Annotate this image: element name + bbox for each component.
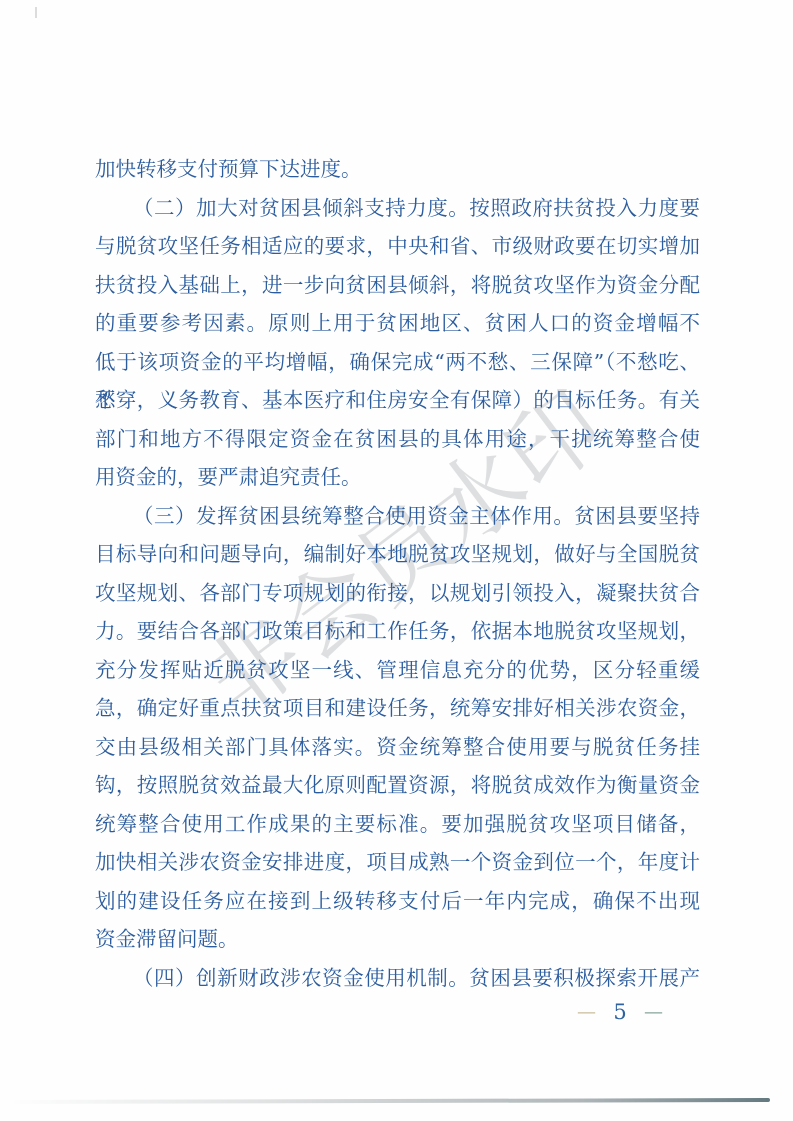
text-line: 愁穿，义务教育、基本医疗和住房安全有保障）的目标任务。有关 — [95, 381, 700, 420]
text-line: 的重要参考因素。原则上用于贫困地区、贫困人口的资金增幅不 — [95, 304, 700, 343]
text-line: 充分发挥贴近脱贫攻坚一线、管理信息充分的优势，区分轻重缓 — [95, 651, 700, 690]
text-line: 交由县级相关部门具体落实。资金统筹整合使用要与脱贫任务挂 — [95, 728, 700, 767]
text-line: 与脱贫攻坚任务相适应的要求，中央和省、市级财政要在切实增加 — [95, 227, 700, 266]
document-page: 非会员水印 加快转移支付预算下达进度。（二）加大对贫困县倾斜支持力度。按照政府扶… — [0, 0, 793, 1121]
text-line: 扶贫投入基础上，进一步向贫困县倾斜，将脱贫攻坚作为资金分配 — [95, 266, 700, 305]
scan-artifact-mark — [35, 7, 37, 18]
text-line: 力。要结合各部门政策目标和工作任务，依据本地脱贫攻坚规划， — [95, 612, 700, 651]
text-line: 加快转移支付预算下达进度。 — [95, 150, 700, 189]
text-line: 低于该项资金的平均增幅，确保完成“两不愁、三保障”（不愁吃、不 — [95, 343, 700, 382]
text-line: 急，确定好重点扶贫项目和建设任务，统筹安排好相关涉农资金， — [95, 689, 700, 728]
scan-edge-shadow — [8, 1098, 770, 1104]
text-line: 划的建设任务应在接到上级转移支付后一年内完成，确保不出现 — [95, 882, 700, 921]
text-line: 目标导向和问题导向，编制好本地脱贫攻坚规划，做好与全国脱贫 — [95, 535, 700, 574]
text-line: （三）发挥贫困县统筹整合使用资金主体作用。贫困县要坚持 — [95, 497, 700, 536]
text-line: 钩，按照脱贫效益最大化原则配置资源，将脱贫成效作为衡量资金 — [95, 766, 700, 805]
text-line: 统筹整合使用工作成果的主要标准。要加强脱贫攻坚项目储备， — [95, 805, 700, 844]
text-line: （四）创新财政涉农资金使用机制。贫困县要积极探索开展产 — [95, 959, 700, 998]
page-number-dash-right: — — [644, 1003, 663, 1022]
text-line: 加快相关涉农资金安排进度，项目成熟一个资金到位一个，年度计 — [95, 843, 700, 882]
document-body: 加快转移支付预算下达进度。（二）加大对贫困县倾斜支持力度。按照政府扶贫投入力度要… — [95, 150, 700, 997]
text-line: 用资金的，要严肃追究责任。 — [95, 458, 700, 497]
text-line: （二）加大对贫困县倾斜支持力度。按照政府扶贫投入力度要 — [95, 189, 700, 228]
page-number-dash-left: — — [577, 1003, 596, 1022]
text-line: 攻坚规划、各部门专项规划的衔接，以规划引领投入，凝聚扶贫合 — [95, 574, 700, 613]
text-line: 资金滞留问题。 — [95, 920, 700, 959]
page-number: — 5 — — [577, 997, 663, 1027]
text-line: 部门和地方不得限定资金在贫困县的具体用途，干扰统筹整合使 — [95, 420, 700, 459]
page-number-value: 5 — [613, 1000, 626, 1024]
